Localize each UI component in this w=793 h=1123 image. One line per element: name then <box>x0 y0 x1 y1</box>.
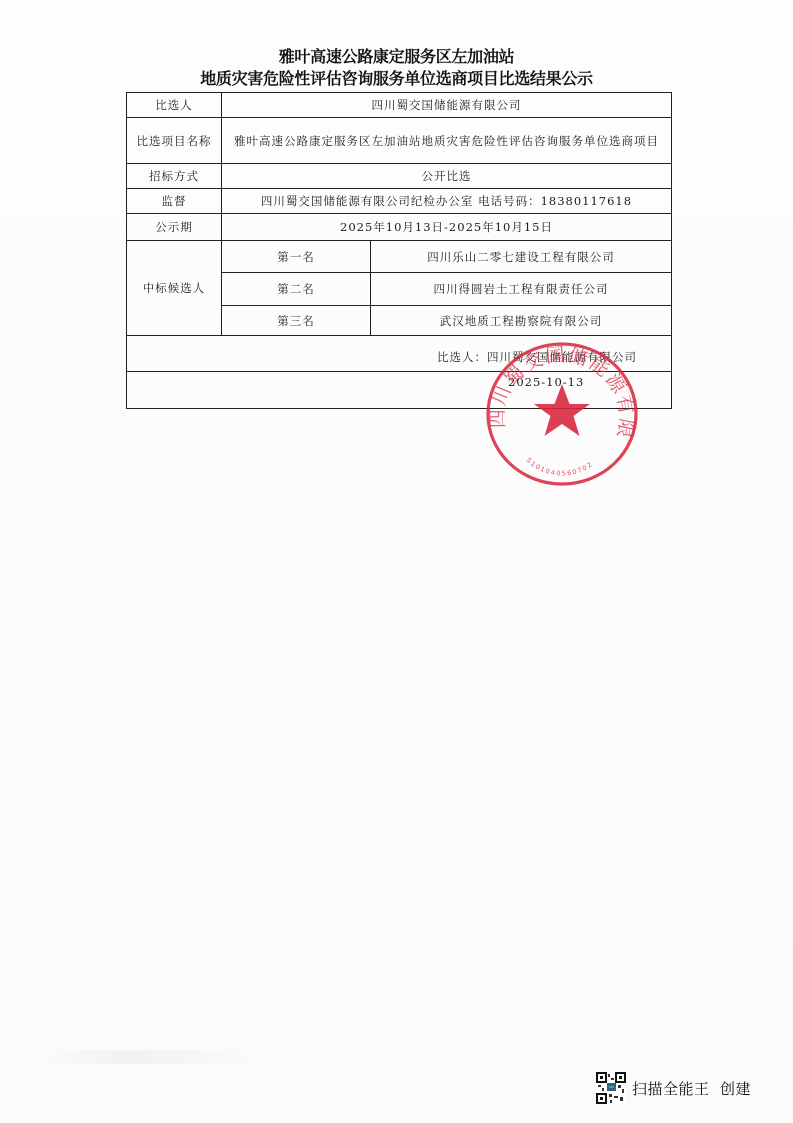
row-label: 比选项目名称 <box>127 118 222 164</box>
qr-code-icon <box>596 1072 626 1104</box>
row-value: 雅叶高速公路康定服务区左加油站地质灾害危险性评估咨询服务单位选商项目 <box>222 118 672 164</box>
row-value: 四川蜀交国储能源有限公司纪检办公室 电话号码：18380117618 <box>222 189 672 214</box>
result-table: 比选人 四川蜀交国储能源有限公司 比选项目名称 雅叶高速公路康定服务区左加油站地… <box>126 92 672 409</box>
table-row: 比选人 四川蜀交国储能源有限公司 <box>127 93 672 118</box>
row-label: 监督 <box>127 189 222 214</box>
table-row: 监督 四川蜀交国储能源有限公司纪检办公室 电话号码：18380117618 <box>127 189 672 214</box>
table-row: 招标方式 公开比选 <box>127 164 672 189</box>
seal-code: 5101040560702 <box>525 456 595 477</box>
row-value: 四川蜀交国储能源有限公司 <box>222 93 672 118</box>
document-title-line2: 地质灾害危险性评估咨询服务单位选商项目比选结果公示 <box>0 66 793 89</box>
date-row: 2025-10-13 <box>127 372 672 409</box>
signature-date: 2025-10-13 <box>127 372 672 409</box>
candidates-label: 中标候选人 <box>127 241 222 336</box>
candidate-rank: 第一名 <box>222 241 371 273</box>
row-label: 比选人 <box>127 93 222 118</box>
document-title-line1: 雅叶高速公路康定服务区左加油站 <box>0 44 793 67</box>
signature-row: 比选人：四川蜀交国储能源有限公司 <box>127 336 672 372</box>
svg-text:5101040560702: 5101040560702 <box>525 456 595 477</box>
signature-text: 比选人：四川蜀交国储能源有限公司 <box>127 336 672 372</box>
document-page: 雅叶高速公路康定服务区左加油站 地质灾害危险性评估咨询服务单位选商项目比选结果公… <box>0 0 793 1123</box>
candidate-name: 武汉地质工程勘察院有限公司 <box>371 306 672 336</box>
table-row: 公示期 2025年10月13日-2025年10月15日 <box>127 214 672 241</box>
row-value: 2025年10月13日-2025年10月15日 <box>222 214 672 241</box>
candidate-name: 四川乐山二零七建设工程有限公司 <box>371 241 672 273</box>
row-label: 公示期 <box>127 214 222 241</box>
row-label: 招标方式 <box>127 164 222 189</box>
candidate-row: 中标候选人 第一名 四川乐山二零七建设工程有限公司 <box>127 241 672 273</box>
candidate-rank: 第二名 <box>222 273 371 306</box>
candidate-name: 四川得圆岩土工程有限责任公司 <box>371 273 672 306</box>
scan-artifact <box>40 1050 260 1064</box>
scanner-watermark-text: 扫描全能王 创建 <box>632 1078 751 1099</box>
row-value: 公开比选 <box>222 164 672 189</box>
table-row: 比选项目名称 雅叶高速公路康定服务区左加油站地质灾害危险性评估咨询服务单位选商项… <box>127 118 672 164</box>
candidate-rank: 第三名 <box>222 306 371 336</box>
scanner-watermark: 扫描全能王 创建 <box>596 1072 751 1104</box>
